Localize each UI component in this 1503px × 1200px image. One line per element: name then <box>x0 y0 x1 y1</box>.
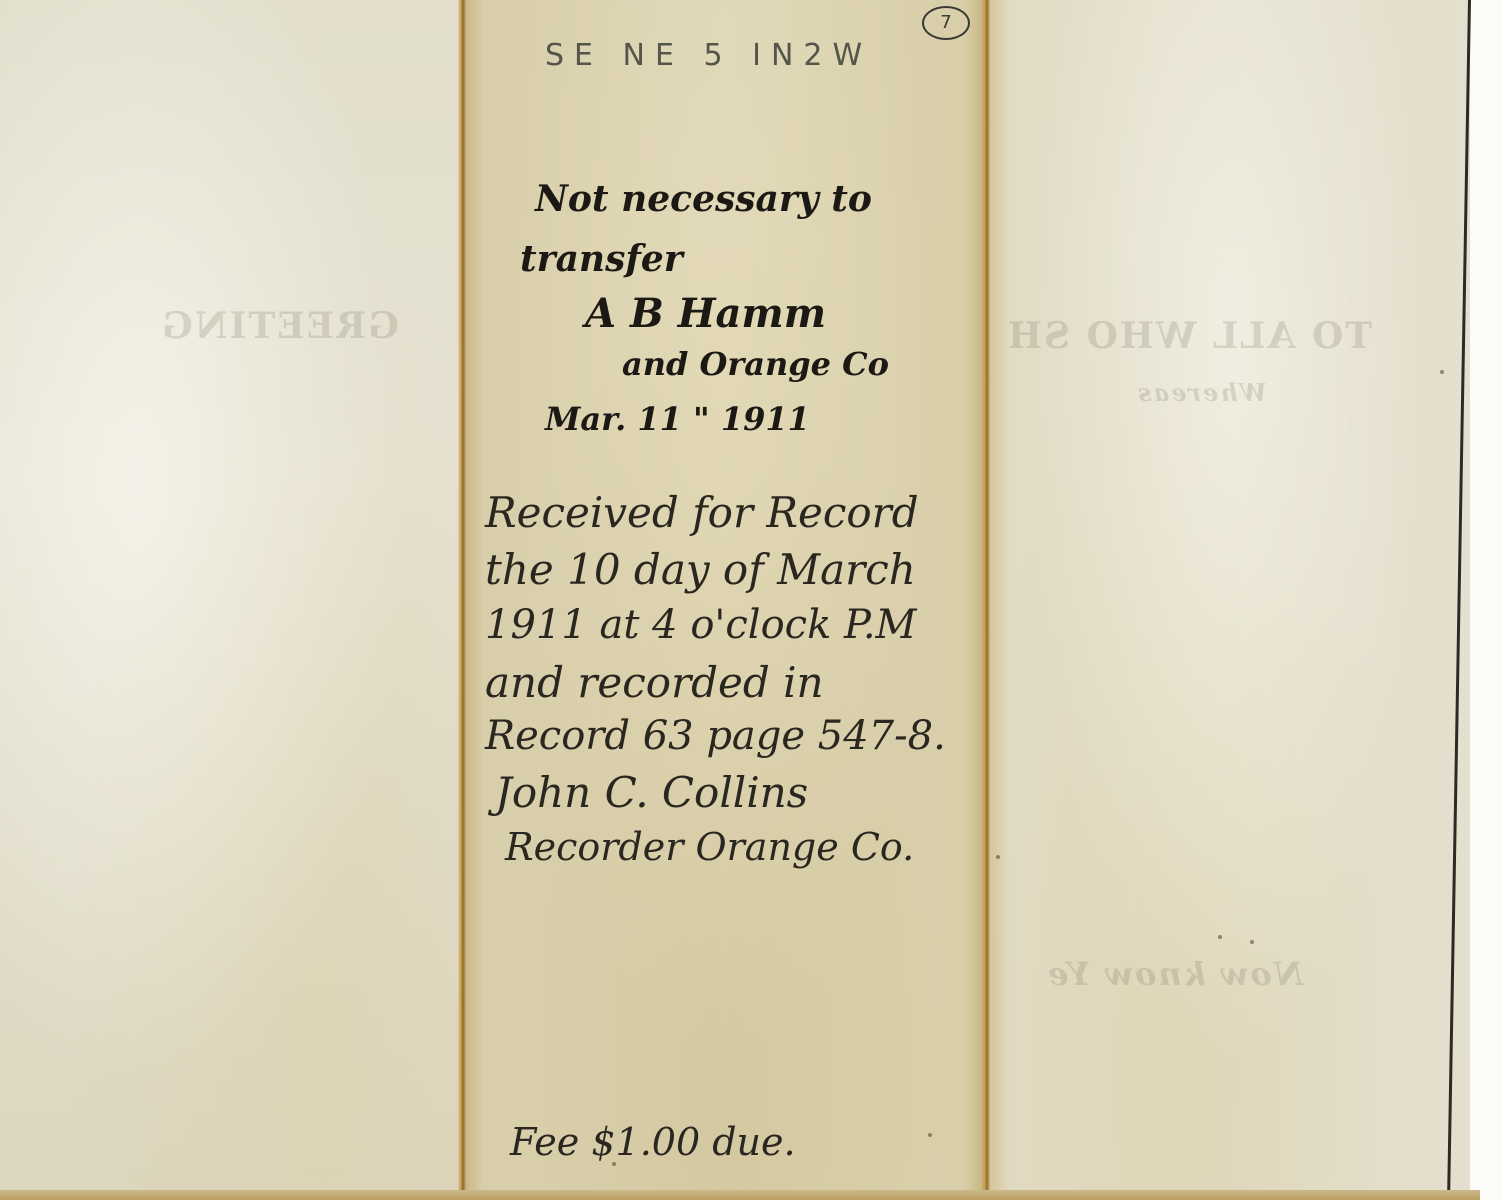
record-line-1: Received for Record <box>485 488 919 537</box>
left-panel: GREETING <box>0 0 462 1200</box>
ink-speck <box>1440 370 1444 374</box>
fold-line-right <box>982 0 990 1200</box>
bottom-edge <box>0 1190 1480 1200</box>
recorder-signature: John C. Collins <box>495 768 808 817</box>
pencil-legal-description: SE NE 5 IN2W <box>545 38 872 73</box>
bleed-through-greeting: GREETING <box>160 305 399 347</box>
ink-speck <box>612 1162 616 1166</box>
bleed-through-now-know-ye: Now know Ye <box>1046 955 1303 993</box>
scan-background <box>1470 0 1503 1200</box>
ink-speck <box>1218 935 1222 939</box>
ink-speck <box>1250 940 1254 944</box>
fee-note: Fee $1.00 due. <box>510 1120 796 1164</box>
record-line-2: the 10 day of March <box>485 545 916 594</box>
fold-line-left <box>458 0 466 1200</box>
ink-speck <box>928 1133 932 1137</box>
bleed-through-heading: TO ALL WHO SH <box>1006 315 1372 357</box>
recorder-title: Recorder Orange Co. <box>505 825 914 869</box>
record-line-5: Record 63 page 547-8. <box>485 713 946 759</box>
bleed-through-subheading: Whereas <box>1136 378 1267 407</box>
record-line-3: 1911 at 4 o'clock P.M <box>485 602 917 648</box>
annotation-date: Mar. 11 " 1911 <box>545 400 810 438</box>
page-number-circle: 7 <box>922 6 970 40</box>
annotation-line-1: Not necessary to <box>535 178 872 220</box>
right-panel: TO ALL WHO SH Whereas Now know Ye <box>986 0 1470 1200</box>
ink-speck <box>996 855 1000 859</box>
record-line-4: and recorded in <box>485 658 824 707</box>
annotation-line-4: and Orange Co <box>622 345 889 383</box>
annotation-line-3: A B Hamm <box>585 290 826 337</box>
annotation-line-2: transfer <box>520 238 683 280</box>
